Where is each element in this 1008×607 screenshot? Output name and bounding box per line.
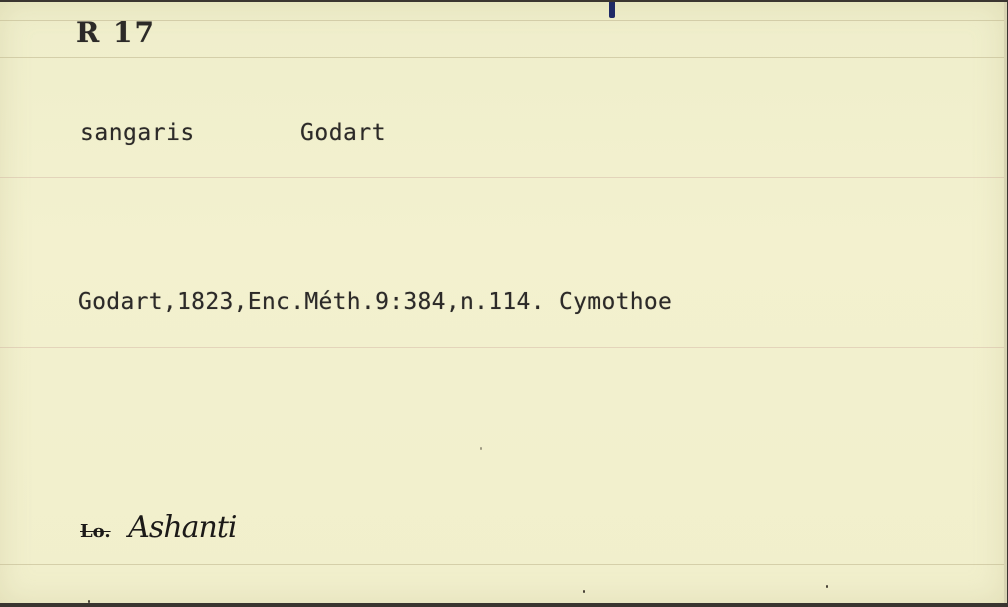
call-number: R 17	[76, 16, 156, 49]
card-rule-line	[0, 177, 1004, 178]
paper-speck	[826, 585, 828, 588]
species-name: sangaris	[80, 120, 195, 146]
card-rule-line	[0, 57, 1004, 58]
card-rule-line	[0, 347, 1004, 348]
locality-line: Lo. Ashanti	[80, 510, 237, 545]
index-card: R 17 sangaris Godart Godart,1823,Enc.Mét…	[0, 2, 1007, 603]
paper-speck	[88, 600, 90, 603]
species-author: Godart	[300, 120, 386, 146]
tab-marker	[609, 2, 615, 18]
locality-handwritten: Ashanti	[128, 510, 236, 545]
bibliographic-citation: Godart,1823,Enc.Méth.9:384,n.114. Cymoth…	[78, 289, 672, 315]
card-rule-line	[0, 564, 1004, 565]
paper-speck	[583, 590, 585, 593]
paper-speck	[480, 447, 482, 450]
locality-prefix: Lo.	[80, 521, 111, 542]
